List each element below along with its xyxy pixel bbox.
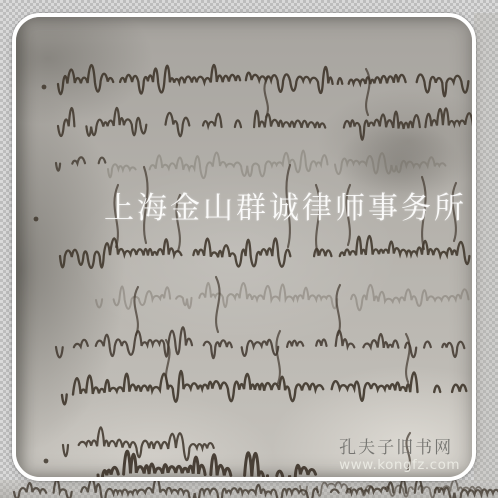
underlying-manuscript-script [0, 480, 498, 498]
image-preview-canvas: 上海金山群诚律师事务所 孔夫子旧书网 www.kongfz.com [0, 0, 498, 498]
manuscript-photo-card: 上海金山群诚律师事务所 孔夫子旧书网 www.kongfz.com [12, 13, 476, 481]
overlay-caption: 上海金山群诚律师事务所 [104, 191, 467, 227]
underlying-image-bottom-strip [0, 480, 498, 498]
manuscript-photo: 上海金山群诚律师事务所 孔夫子旧书网 www.kongfz.com [16, 17, 472, 477]
manuscript-script-texture [16, 17, 472, 477]
watermark-url: www.kongfz.com [339, 458, 460, 473]
watermark: 孔夫子旧书网 www.kongfz.com [339, 438, 460, 473]
watermark-site-name: 孔夫子旧书网 [339, 438, 460, 458]
